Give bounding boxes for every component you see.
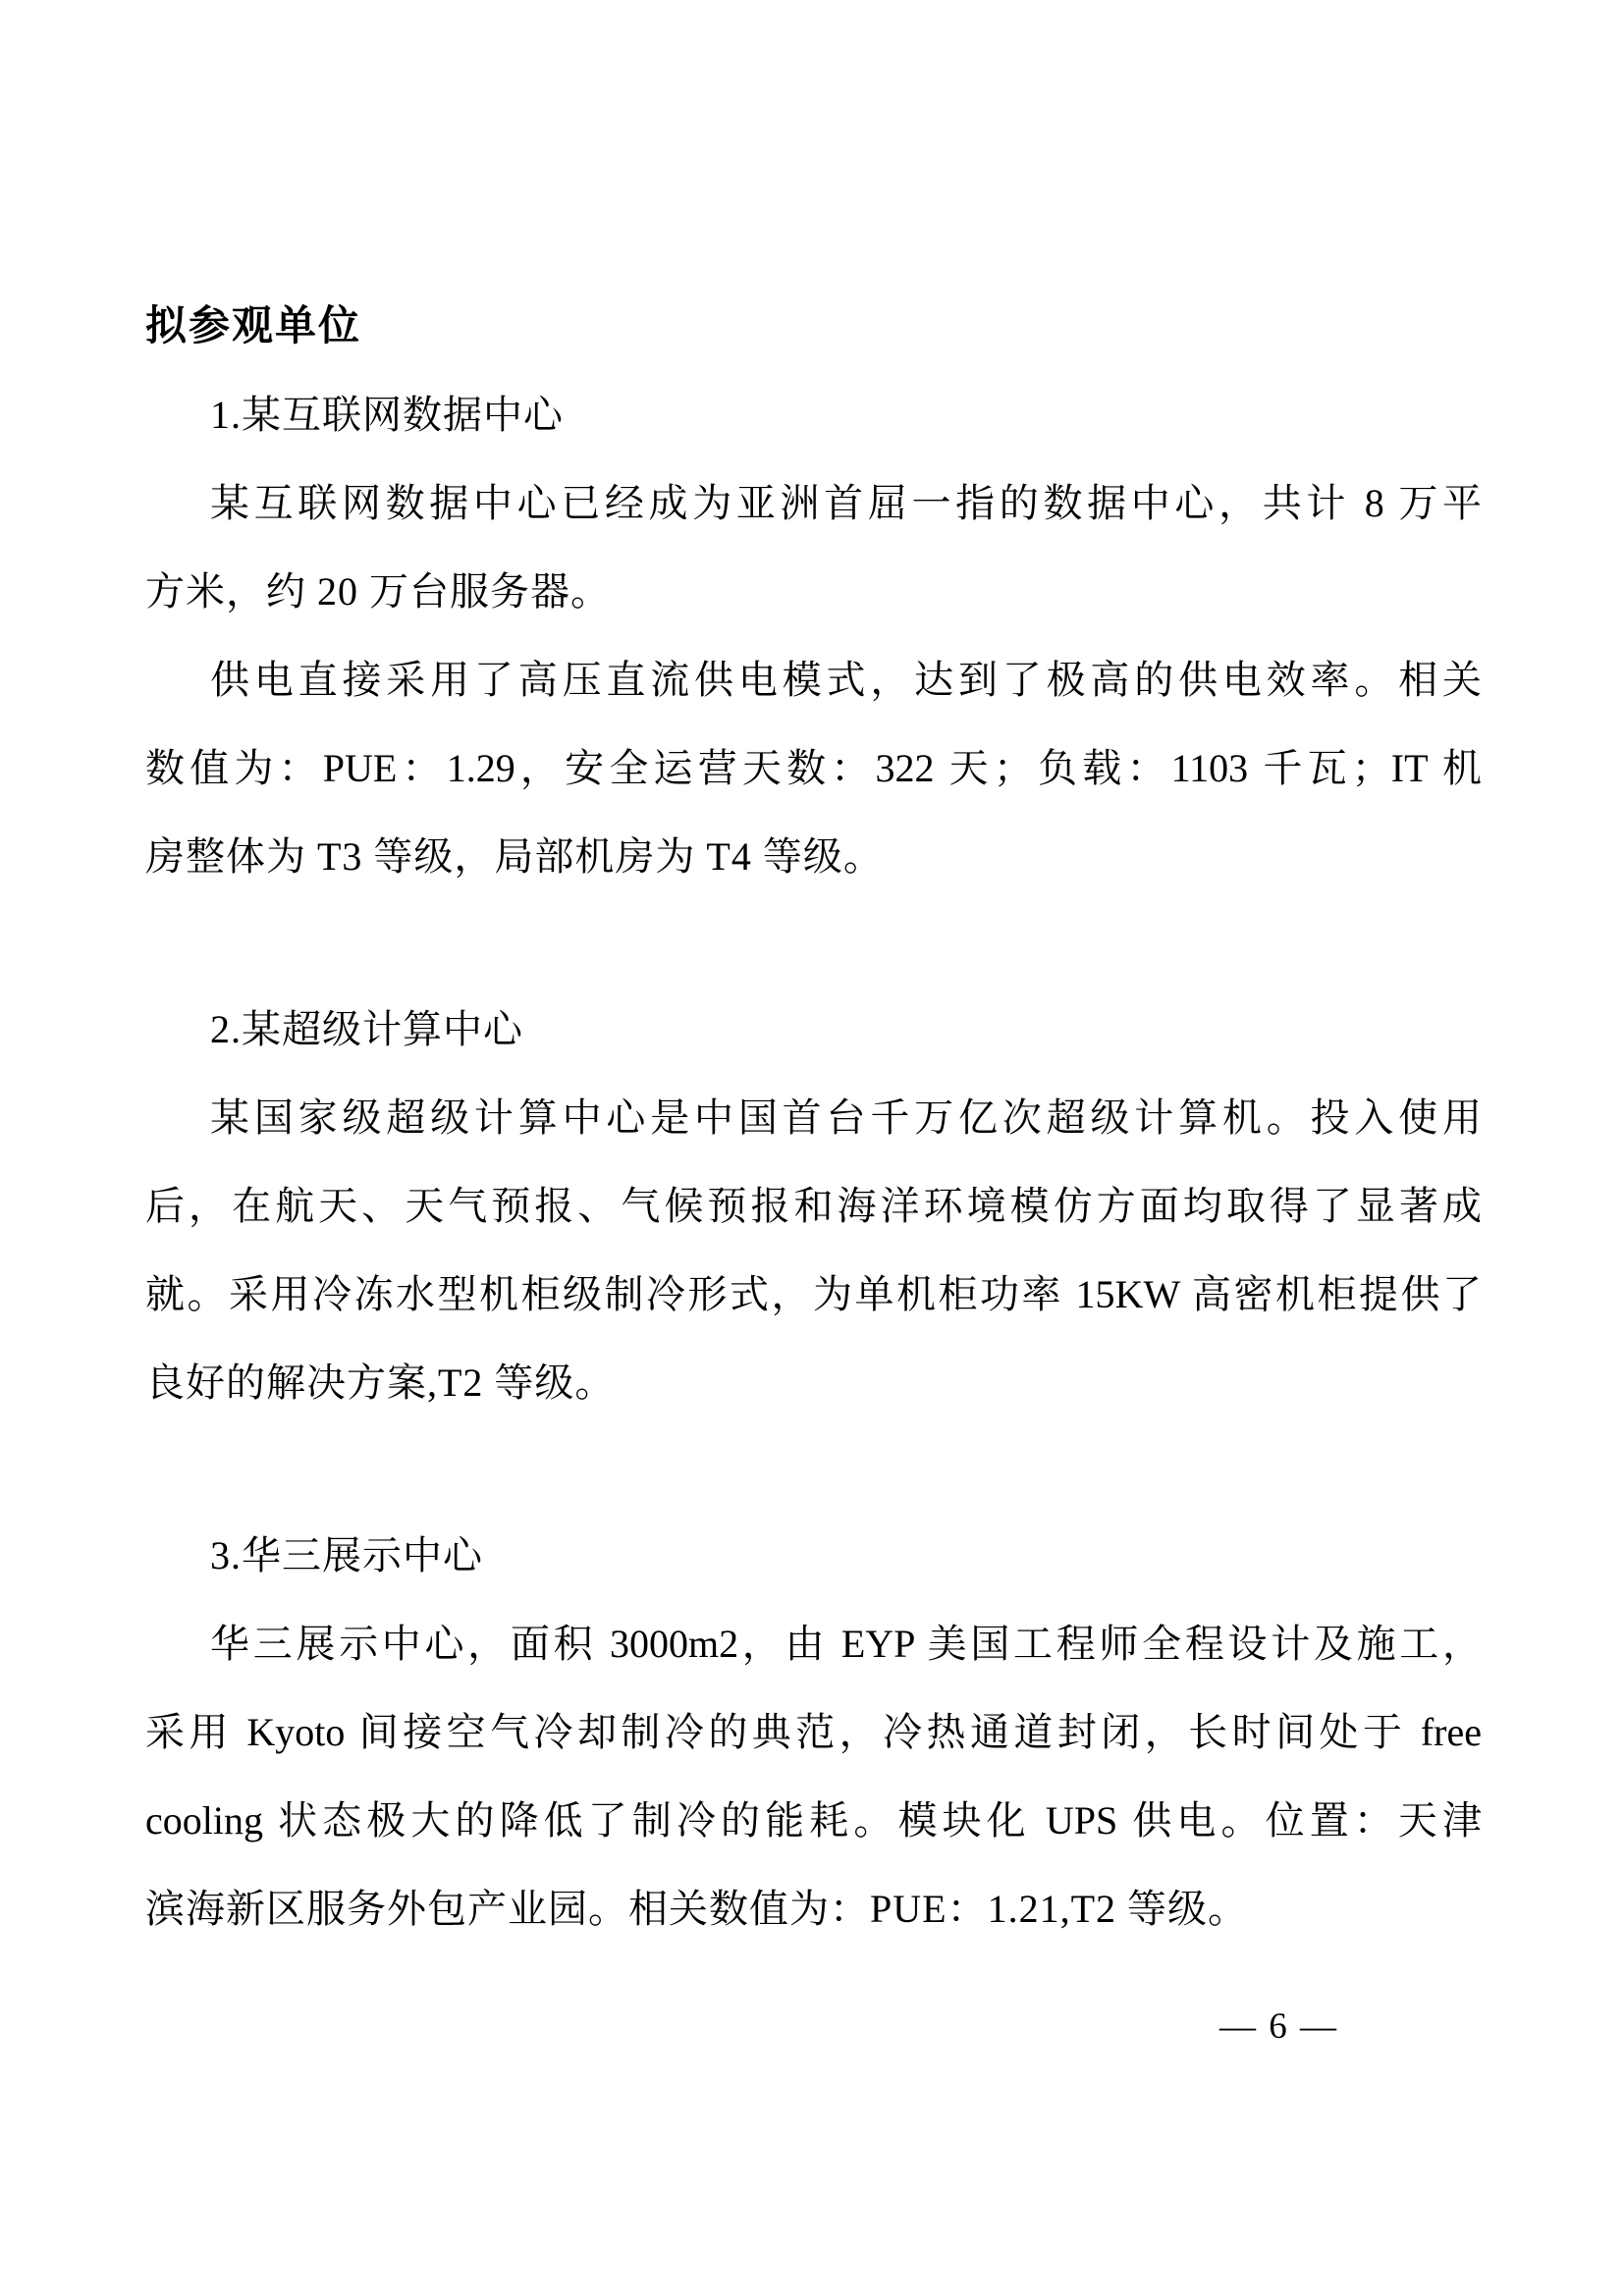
item2-body-line: 良好的解决方案,T2 等级。 bbox=[145, 1339, 1482, 1427]
item1-body-line: 某互联网数据中心已经成为亚洲首屈一指的数据中心，共计 8 万平 bbox=[145, 459, 1482, 548]
document-page: 拟参观单位 1.某互联网数据中心 某互联网数据中心已经成为亚洲首屈一指的数据中心… bbox=[0, 0, 1624, 2296]
document-body: 拟参观单位 1.某互联网数据中心 某互联网数据中心已经成为亚洲首屈一指的数据中心… bbox=[145, 283, 1482, 1953]
section-spacer bbox=[145, 1427, 1482, 1512]
item2-body-line: 后，在航天、天气预报、气候预报和海洋环境模仿方面均取得了显著成 bbox=[145, 1162, 1482, 1251]
item1-body-line: 供电直接采用了高压直流供电模式，达到了极高的供电效率。相关 bbox=[145, 636, 1482, 724]
item3-title-line: 3.华三展示中心 bbox=[145, 1512, 1482, 1600]
section-heading: 拟参观单位 bbox=[145, 283, 1482, 371]
page-number: — 6 — bbox=[1219, 2002, 1338, 2052]
item1-title-line: 1.某互联网数据中心 bbox=[145, 371, 1482, 459]
item3-body-line: 滨海新区服务外包产业园。相关数值为：PUE：1.21,T2 等级。 bbox=[145, 1865, 1482, 1953]
item2-body-line: 就。采用冷冻水型机柜级制冷形式，为单机柜功率 15KW 高密机柜提供了 bbox=[145, 1251, 1482, 1339]
item3-body-line: 华三展示中心，面积 3000m2，由 EYP 美国工程师全程设计及施工， bbox=[145, 1600, 1482, 1688]
item3-body-line: 采用 Kyoto 间接空气冷却制冷的典范，冷热通道封闭，长时间处于 free bbox=[145, 1688, 1482, 1777]
item1-body-line: 数值为：PUE：1.29，安全运营天数：322 天；负载：1103 千瓦；IT … bbox=[145, 724, 1482, 813]
item1-body-line: 方米，约 20 万台服务器。 bbox=[145, 548, 1482, 636]
item2-body-line: 某国家级超级计算中心是中国首台千万亿次超级计算机。投入使用 bbox=[145, 1074, 1482, 1162]
item2-title-line: 2.某超级计算中心 bbox=[145, 986, 1482, 1074]
item1-body-line: 房整体为 T3 等级，局部机房为 T4 等级。 bbox=[145, 813, 1482, 901]
section-spacer bbox=[145, 901, 1482, 986]
item3-body-line: cooling 状态极大的降低了制冷的能耗。模块化 UPS 供电。位置：天津 bbox=[145, 1777, 1482, 1865]
